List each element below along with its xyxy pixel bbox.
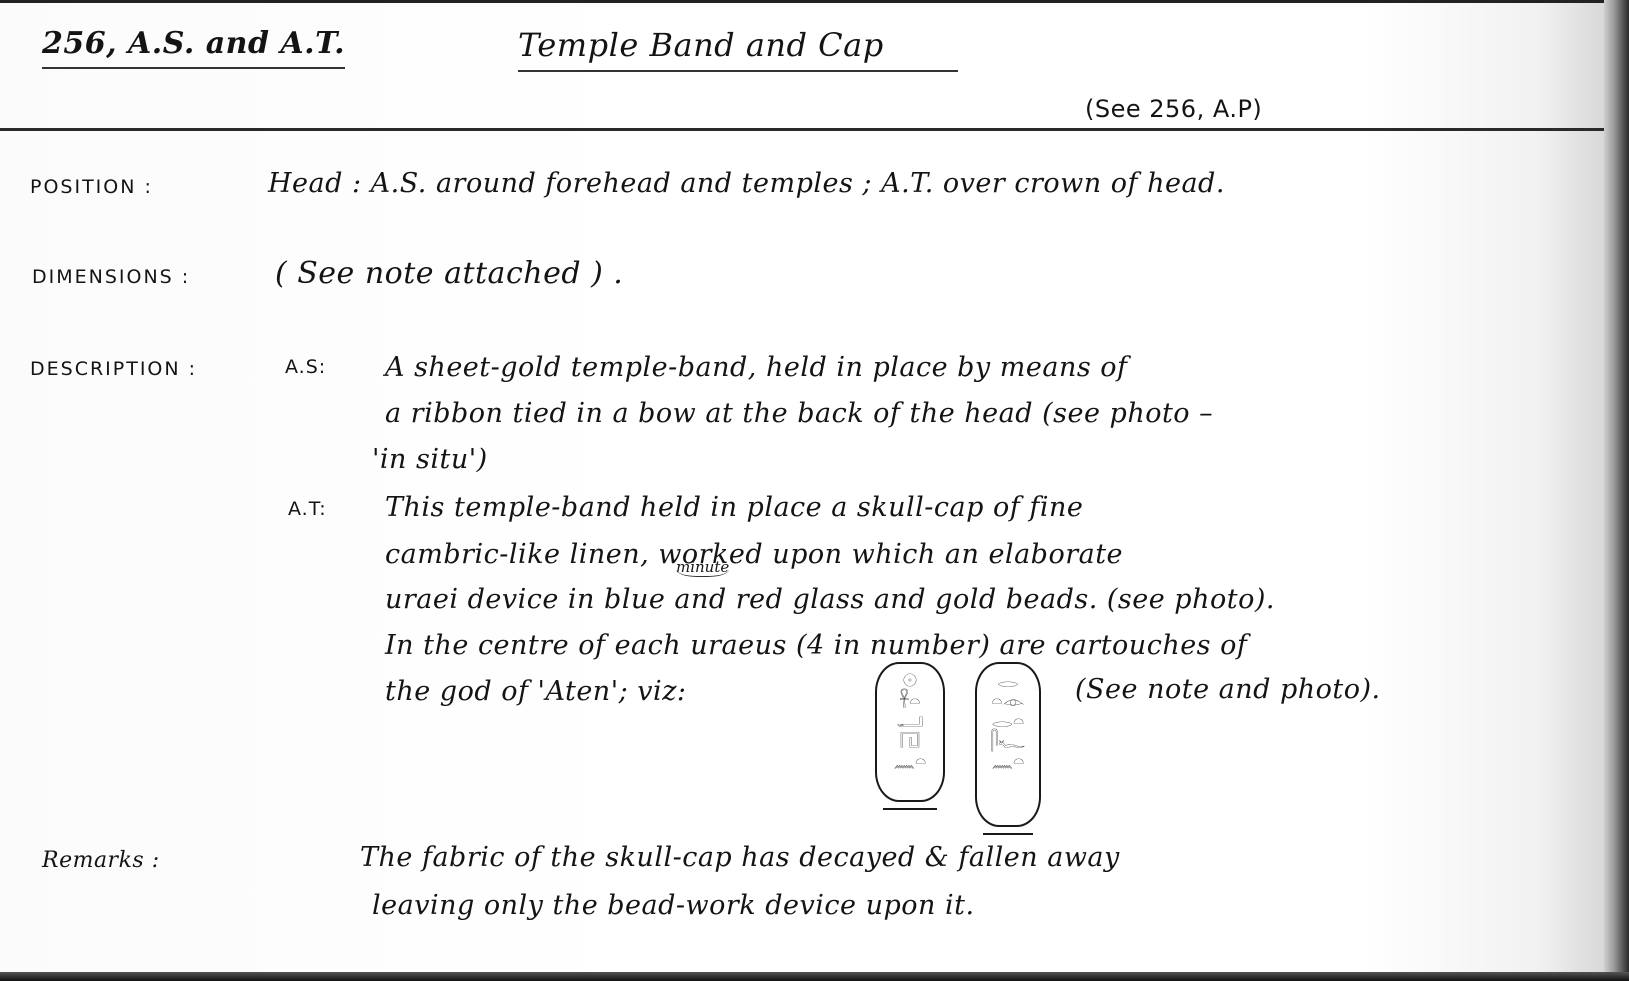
cross-reference: (See 256, A.P) <box>1085 95 1262 123</box>
cartouche-1-glyph-5: 𓈖𓏏 <box>894 752 927 772</box>
description-at-line-1: This temple-band held in place a skull-c… <box>385 492 1083 523</box>
catalogue-card: 256, A.S. and A.T. Temple Band and Cap (… <box>0 2 1604 976</box>
description-as-line-3: 'in situ') <box>372 444 488 475</box>
cartouche-2-glyph-3: 𓂋𓏏 <box>992 712 1025 732</box>
description-label: DESCRIPTION : <box>30 358 197 380</box>
cartouche-2-glyph-4: 𓋴𓆑 <box>991 732 1026 752</box>
card-title: Temple Band and Cap <box>518 26 958 72</box>
dimensions-label: DIMENSIONS : <box>32 266 190 288</box>
description-at-line-3: uraei device in blue and red glass and g… <box>385 584 1275 615</box>
description-as-line-1: A sheet-gold temple-band, held in place … <box>385 352 1128 383</box>
catalogue-number: 256, A.S. and A.T. <box>42 26 345 69</box>
cartouche-2-base <box>983 833 1033 835</box>
description-at-line-5: the god of 'Aten'; viz: <box>385 676 687 707</box>
description-at-line-4: In the centre of each uraeus (4 in numbe… <box>385 630 1247 661</box>
dimensions-text: ( See note attached ) . <box>275 256 623 291</box>
remarks-line-1: The fabric of the skull-cap has decayed … <box>360 842 1120 873</box>
cartouche-2-glyph-1: 𓂋 <box>997 672 1018 692</box>
cartouche-1-glyph-3: 𓂝 <box>896 712 923 732</box>
remarks-line-2: leaving only the bead-work device upon i… <box>372 890 975 921</box>
description-key-at: A.T: <box>288 498 327 520</box>
card-bottom-edge <box>0 972 1629 981</box>
position-text: Head : A.S. around forehead and temples … <box>268 168 1225 199</box>
cartouche-1: 𓇳 𓋹𓏏 𓂝 𓉔 𓈖𓏏 <box>875 662 945 802</box>
cartouche-1-glyph-4: 𓉔 <box>900 732 920 752</box>
card-right-edge <box>1604 0 1629 981</box>
cartouche-1-base <box>883 808 937 810</box>
cartouche-2-glyph-5: 𓈖𓏏 <box>992 752 1025 772</box>
cartouche-2: 𓂋 𓏏𓁹 𓂋𓏏 𓋴𓆑 𓈖𓏏 <box>975 662 1041 827</box>
description-key-as: A.S: <box>285 356 326 378</box>
remarks-label: Remarks : <box>42 848 160 873</box>
cartouche-1-glyph-2: 𓋹𓏏 <box>899 692 920 712</box>
insertion-note: minute <box>676 558 729 577</box>
card-top-edge <box>0 0 1629 3</box>
cartouche-1-glyph-1: 𓇳 <box>903 672 917 692</box>
position-label: POSITION : <box>30 176 153 198</box>
cartouche-2-glyph-2: 𓏏𓁹 <box>991 692 1024 712</box>
header-divider <box>0 128 1604 131</box>
description-trailing-note: (See note and photo). <box>1075 674 1381 705</box>
description-as-line-2: a ribbon tied in a bow at the back of th… <box>385 398 1213 429</box>
description-at-line-2: cambric-like linen, worked upon which an… <box>385 539 1123 570</box>
